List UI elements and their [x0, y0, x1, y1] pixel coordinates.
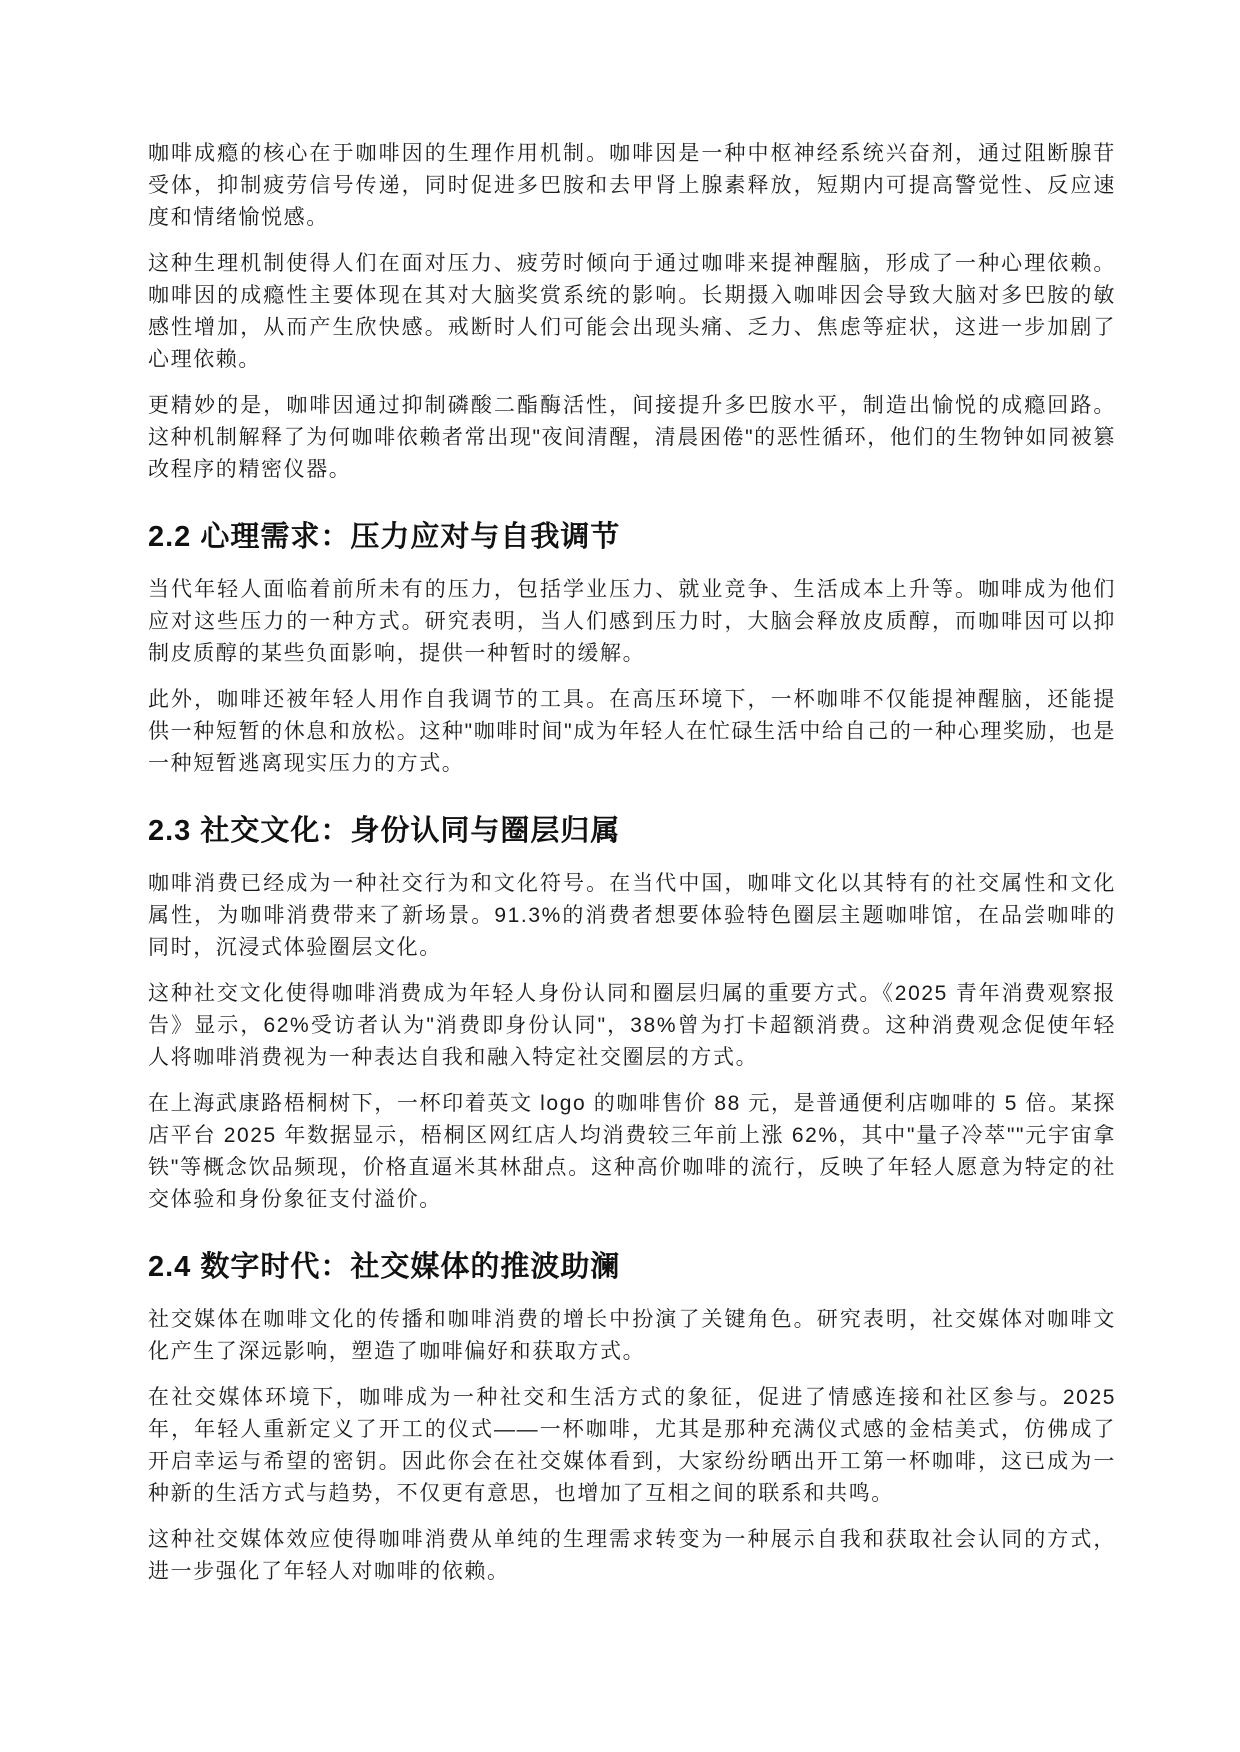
paragraph-pressure-coping: 当代年轻人面临着前所未有的压力，包括学业压力、就业竞争、生活成本上升等。咖啡成为… [148, 574, 1116, 670]
paragraph-social-media-role: 社交媒体在咖啡文化的传播和咖啡消费的增长中扮演了关键角色。研究表明，社交媒体对咖… [148, 1304, 1116, 1368]
paragraph-identity-consumption: 这种社交文化使得咖啡消费成为年轻人身份认同和圈层归属的重要方式。《2025 青年… [148, 978, 1116, 1074]
section-heading-2-3: 2.3 社交文化：身份认同与圈层归属 [148, 812, 1116, 850]
paragraph-psych-dependence: 这种生理机制使得人们在面对压力、疲劳时倾向于通过咖啡来提神醒脑，形成了一种心理依… [148, 248, 1116, 376]
paragraph-social-symbol: 咖啡消费已经成为一种社交行为和文化符号。在当代中国，咖啡文化以其特有的社交属性和… [148, 868, 1116, 964]
document-content: 咖啡成瘾的核心在于咖啡因的生理作用机制。咖啡因是一种中枢神经系统兴奋剂，通过阻断… [148, 138, 1116, 1588]
paragraph-caffeine-mechanism: 咖啡成瘾的核心在于咖啡因的生理作用机制。咖啡因是一种中枢神经系统兴奋剂，通过阻断… [148, 138, 1116, 234]
paragraph-work-ritual: 在社交媒体环境下，咖啡成为一种社交和生活方式的象征，促进了情感连接和社区参与。2… [148, 1382, 1116, 1510]
paragraph-social-media-effect: 这种社交媒体效应使得咖啡消费从单纯的生理需求转变为一种展示自我和获取社会认同的方… [148, 1524, 1116, 1588]
section-heading-2-2: 2.2 心理需求：压力应对与自我调节 [148, 518, 1116, 556]
document-page: 咖啡成瘾的核心在于咖啡因的生理作用机制。咖啡因是一种中枢神经系统兴奋剂，通过阻断… [0, 0, 1240, 1752]
section-heading-2-4: 2.4 数字时代：社交媒体的推波助澜 [148, 1248, 1116, 1286]
paragraph-addiction-loop: 更精妙的是，咖啡因通过抑制磷酸二酯酶活性，间接提升多巴胺水平，制造出愉悦的成瘾回… [148, 390, 1116, 486]
paragraph-wukang-road-price: 在上海武康路梧桐树下，一杯印着英文 logo 的咖啡售价 88 元，是普通便利店… [148, 1088, 1116, 1216]
paragraph-self-regulation: 此外，咖啡还被年轻人用作自我调节的工具。在高压环境下，一杯咖啡不仅能提神醒脑，还… [148, 684, 1116, 780]
